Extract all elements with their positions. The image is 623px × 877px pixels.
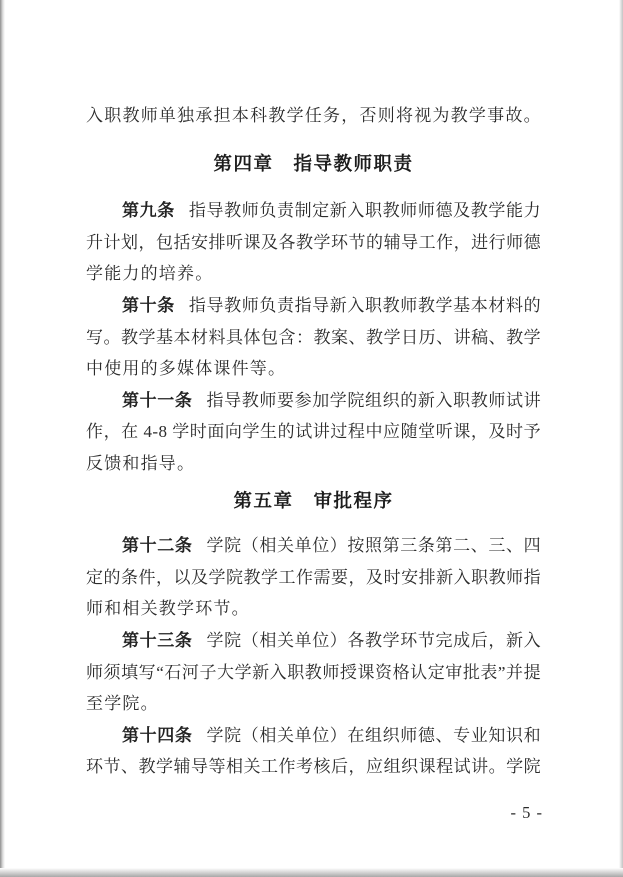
body-text: 学能力的培养。 [86,264,213,283]
article-13-line-1: 第十三条学院（相关单位）各教学环节完成后，新入职教 [86,625,541,657]
article-14-line-2: 环节、教学辅导等相关工作考核后，应组织课程试讲。学院试讲 [86,751,541,783]
article-11-line-3: 反馈和指导。 [86,448,541,480]
article-13: 第十三条学院（相关单位）各教学环节完成后，新入职教 师须填写“石河子大学新入职教… [86,625,541,720]
article-9-line-1: 第九条指导教师负责制定新入职教师师德及教学能力提 [86,195,541,227]
article-13-line-3: 至学院。 [86,688,541,720]
article-13-number: 第十三条 [122,631,192,650]
intro-paragraph-line: 入职教师单独承担本科教学任务，否则将视为教学事故。 [86,100,541,132]
body-text: 中使用的多媒体课件等。 [86,359,286,378]
article-14: 第十四条学院（相关单位）在组织师德、专业知识和备课 环节、教学辅导等相关工作考核… [86,720,541,783]
body-text: 定的条件，以及学院教学工作需要，及时安排新入职教师指导教 [86,568,541,594]
scan-edge-right [619,0,623,877]
article-10-line-2: 写。教学基本材料具体包含：教案、教学日历、讲稿、教学过程 [86,322,541,354]
article-10-number: 第十条 [122,296,175,315]
article-12: 第十二条学院（相关单位）按照第三条第二、三、四项规 定的条件，以及学院教学工作需… [86,530,541,625]
article-10-line-3: 中使用的多媒体课件等。 [86,353,541,385]
page-number: - 5 - [86,803,543,823]
chapter-4-heading: 第四章 指导教师职责 [86,148,541,180]
article-10: 第十条指导教师负责指导新入职教师教学基本材料的编 写。教学基本材料具体包含：教案… [86,290,541,385]
scan-edge-left [0,0,5,877]
article-12-number: 第十二条 [122,536,192,555]
article-12-line-1: 第十二条学院（相关单位）按照第三条第二、三、四项规 [86,530,541,562]
body-text: 入职教师单独承担本科教学任务，否则将视为教学事故。 [86,106,541,125]
body-text: 师和相关教学环节。 [86,599,250,618]
article-9: 第九条指导教师负责制定新入职教师师德及教学能力提 升计划，包括安排听课及各教学环… [86,195,541,290]
document-page: 入职教师单独承担本科教学任务，否则将视为教学事故。 第四章 指导教师职责 第九条… [0,0,623,877]
article-11-line-2: 作，在 4-8 学时面向学生的试讲过程中应随堂听课，及时予以 [86,416,541,448]
body-text: 升计划，包括安排听课及各教学环节的辅导工作，进行师德和教 [86,233,541,259]
scan-edge-bottom [0,868,623,877]
article-11-line-1: 第十一条指导教师要参加学院组织的新入职教师试讲工 [86,385,541,417]
article-13-line-2: 师须填写“石河子大学新入职教师授课资格认定审批表”并提交 [86,657,541,689]
article-11: 第十一条指导教师要参加学院组织的新入职教师试讲工 作，在 4-8 学时面向学生的… [86,385,541,480]
body-text: 写。教学基本材料具体包含：教案、教学日历、讲稿、教学过程 [86,328,541,354]
document-content: 入职教师单独承担本科教学任务，否则将视为教学事故。 第四章 指导教师职责 第九条… [86,0,541,783]
article-9-line-2: 升计划，包括安排听课及各教学环节的辅导工作，进行师德和教 [86,227,541,259]
body-text: 作，在 4-8 学时面向学生的试讲过程中应随堂听课，及时予以 [86,422,541,448]
article-14-number: 第十四条 [122,726,192,745]
article-9-line-3: 学能力的培养。 [86,258,541,290]
article-11-number: 第十一条 [122,391,192,410]
body-text: 师须填写“石河子大学新入职教师授课资格认定审批表”并提交 [86,663,541,689]
article-10-line-1: 第十条指导教师负责指导新入职教师教学基本材料的编 [86,290,541,322]
article-9-number: 第九条 [122,201,175,220]
body-text: 反馈和指导。 [86,454,195,473]
article-12-line-3: 师和相关教学环节。 [86,593,541,625]
body-text: 环节、教学辅导等相关工作考核后，应组织课程试讲。学院试讲 [86,757,541,783]
article-12-line-2: 定的条件，以及学院教学工作需要，及时安排新入职教师指导教 [86,562,541,594]
chapter-5-heading: 第五章 审批程序 [86,485,541,517]
body-text: 至学院。 [86,694,159,713]
article-14-line-1: 第十四条学院（相关单位）在组织师德、专业知识和备课 [86,720,541,752]
